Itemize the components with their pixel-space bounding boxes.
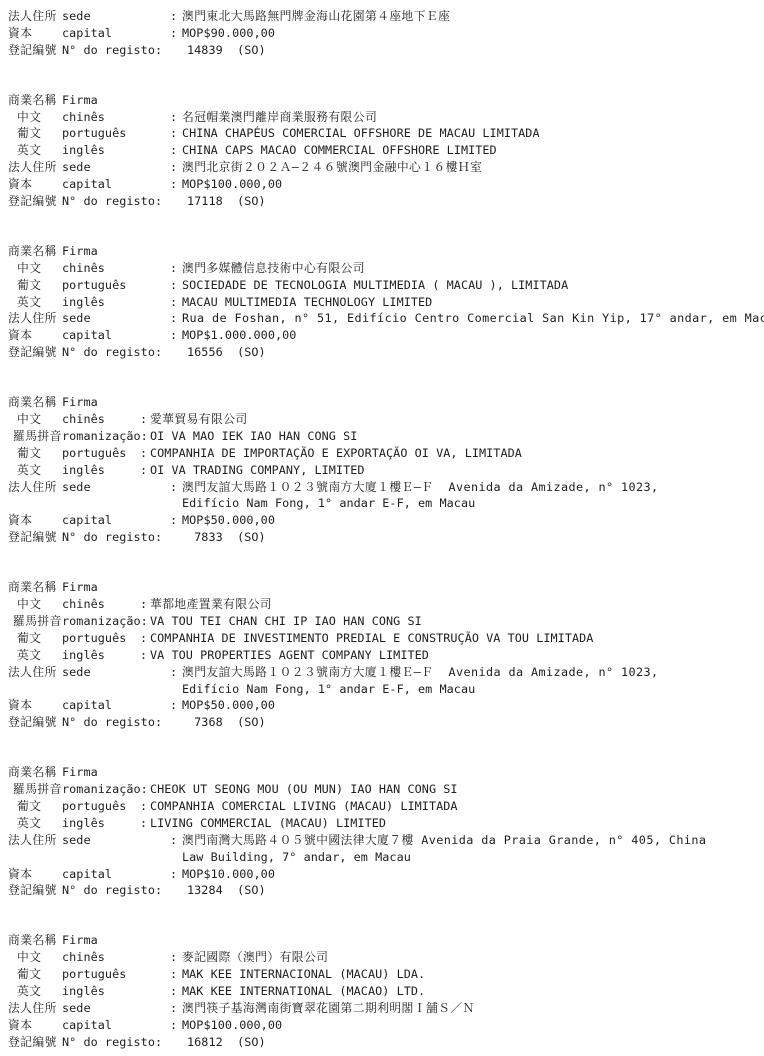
portuguese-name-value: MAK KEE INTERNACIONAL (MACAU) LDA.	[182, 967, 425, 981]
colon-separator: :	[170, 110, 177, 124]
romanization-label-pt: romanização:	[62, 782, 148, 796]
entry-header-row: 商業名稱Firma	[0, 932, 764, 949]
chinese-name-value: 澳門多媒體信息技術中心有限公司	[182, 261, 365, 275]
english-label-zh: 英文	[17, 295, 41, 309]
registration-number-row: 登記編號N° do registo:17118 (SO)	[0, 193, 764, 210]
portuguese-label-pt: português	[62, 446, 126, 460]
chinese-name-row: 中文chinês:愛華貿易有限公司	[0, 411, 764, 428]
english-label-pt: inglês	[62, 816, 105, 830]
colon-separator: :	[140, 648, 147, 662]
address-value-line2: Edifício Nam Fong, 1° andar E-F, em Maca…	[182, 496, 475, 510]
firma-label-zh: 商業名稱	[8, 765, 57, 779]
registration-number-row: 登記編號N° do registo:16556 (SO)	[0, 344, 764, 361]
chinese-label-pt: chinês	[62, 412, 105, 426]
firma-label-pt: Firma	[62, 580, 98, 594]
capital-label-pt: capital	[62, 867, 112, 881]
colon-separator: :	[170, 328, 177, 342]
english-label-pt: inglês	[62, 648, 105, 662]
registered-address-continuation-row: Edifício Nam Fong, 1° andar E-F, em Maca…	[0, 681, 764, 698]
portuguese-label-zh: 葡文	[17, 446, 41, 460]
registered-address-row: 法人住所sede:澳門友誼大馬路１０２３號南方大廈１樓Ｅ—Ｆ Avenida d…	[0, 664, 764, 681]
registration-label-zh: 登記編號	[8, 530, 57, 544]
capital-label-zh: 資本	[8, 698, 32, 712]
colon-separator: :	[140, 597, 147, 611]
portuguese-name-value: COMPANHIA DE IMPORTAÇÃO E EXPORTAÇÃO OI …	[150, 446, 522, 460]
entry-header-row: 商業名稱Firma	[0, 579, 764, 596]
registration-number-row: 登記編號N° do registo:14839 (SO)	[0, 42, 764, 59]
address-value-line2: Law Building, 7° andar, em Macau	[182, 850, 411, 864]
english-label-zh: 英文	[17, 143, 41, 157]
address-value-line1: 澳門北京街２０２Ａ—２４６號澳門金融中心１６樓Ｈ室	[182, 160, 482, 174]
colon-separator: :	[140, 463, 147, 477]
romanization-label-pt: romanização:	[62, 429, 148, 443]
colon-separator: :	[170, 833, 177, 847]
romanization-label-zh: 羅馬拼音	[13, 614, 62, 628]
entry-header-row: 商業名稱Firma	[0, 394, 764, 411]
registration-label-zh: 登記編號	[8, 1035, 57, 1049]
capital-label-zh: 資本	[8, 177, 32, 191]
address-label-pt: sede	[62, 9, 91, 23]
registration-label-pt: N° do registo:	[62, 715, 162, 729]
firma-label-zh: 商業名稱	[8, 933, 57, 947]
portuguese-label-pt: português	[62, 126, 126, 140]
english-name-value: VA TOU PROPERTIES AGENT COMPANY LIMITED	[150, 648, 429, 662]
registered-address-continuation-row: Edifício Nam Fong, 1° andar E-F, em Maca…	[0, 495, 764, 512]
colon-separator: :	[170, 480, 177, 494]
portuguese-name-row: 葡文português:COMPANHIA COMERCIAL LIVING (…	[0, 798, 764, 815]
address-label-zh: 法人住所	[8, 1001, 57, 1015]
registration-label-pt: N° do registo:	[62, 530, 162, 544]
english-name-row: 英文inglês:MAK KEE INTERNATIONAL (MACAO) L…	[0, 983, 764, 1000]
capital-row: 資本capital:MOP$50.000,00	[0, 512, 764, 529]
colon-separator: :	[170, 1018, 177, 1032]
portuguese-name-value: COMPANHIA DE INVESTIMENTO PREDIAL E CONS…	[150, 631, 593, 645]
english-label-pt: inglês	[62, 984, 105, 998]
address-label-pt: sede	[62, 311, 91, 325]
portuguese-name-row: 葡文português:SOCIEDADE DE TECNOLOGIA MULT…	[0, 277, 764, 294]
colon-separator: :	[170, 9, 177, 23]
colon-separator: :	[170, 984, 177, 998]
portuguese-name-value: CHINA CHAPÉUS COMERCIAL OFFSHORE DE MACA…	[182, 126, 540, 140]
capital-value: MOP$1.000.000,00	[182, 328, 296, 342]
english-label-pt: inglês	[62, 463, 105, 477]
chinese-name-row: 中文chinês:華都地產置業有限公司	[0, 596, 764, 613]
document-page: 法人住所sede:澳門東北大馬路無門牌金海山花園第４座地下Ｅ座資本capital…	[0, 0, 764, 1051]
chinese-name-value: 愛華貿易有限公司	[150, 412, 248, 426]
address-label-zh: 法人住所	[8, 833, 57, 847]
romanization-label-zh: 羅馬拼音	[13, 429, 62, 443]
address-label-zh: 法人住所	[8, 311, 57, 325]
capital-label-zh: 資本	[8, 867, 32, 881]
colon-separator: :	[170, 513, 177, 527]
firma-label-zh: 商業名稱	[8, 395, 57, 409]
registered-address-row: 法人住所sede:澳門北京街２０２Ａ—２４６號澳門金融中心１６樓Ｈ室	[0, 159, 764, 176]
colon-separator: :	[170, 126, 177, 140]
address-value-line1: 澳門東北大馬路無門牌金海山花園第４座地下Ｅ座	[182, 9, 450, 23]
romanization-row: 羅馬拼音romanização:VA TOU TEI CHAN CHI IP I…	[0, 613, 764, 630]
registered-address-continuation-row: Law Building, 7° andar, em Macau	[0, 849, 764, 866]
english-name-row: 英文inglês:LIVING COMMERCIAL (MACAU) LIMIT…	[0, 815, 764, 832]
colon-separator: :	[170, 967, 177, 981]
english-label-pt: inglês	[62, 143, 105, 157]
capital-row: 資本capital:MOP$1.000.000,00	[0, 327, 764, 344]
registry-entry: 商業名稱Firma羅馬拼音romanização:CHEOK UT SEONG …	[0, 764, 764, 899]
english-label-zh: 英文	[17, 463, 41, 477]
registration-label-zh: 登記編號	[8, 43, 57, 57]
chinese-name-value: 華都地產置業有限公司	[150, 597, 272, 611]
address-label-pt: sede	[62, 1001, 91, 1015]
english-label-zh: 英文	[17, 648, 41, 662]
portuguese-label-pt: português	[62, 278, 126, 292]
firma-label-pt: Firma	[62, 93, 98, 107]
colon-separator: :	[170, 160, 177, 174]
chinese-label-pt: chinês	[62, 950, 105, 964]
english-label-pt: inglês	[62, 295, 105, 309]
capital-label-pt: capital	[62, 328, 112, 342]
colon-separator: :	[170, 1001, 177, 1015]
chinese-label-zh: 中文	[17, 950, 41, 964]
address-value-line1: 澳門友誼大馬路１０２３號南方大廈１樓Ｅ—Ｆ Avenida da Amizade…	[182, 665, 659, 679]
address-value-line1: 澳門南灣大馬路４０５號中國法律大廈７樓 Avenida da Praia Gra…	[182, 833, 706, 847]
capital-label-pt: capital	[62, 1018, 112, 1032]
registration-label-pt: N° do registo:	[62, 194, 162, 208]
capital-label-zh: 資本	[8, 513, 32, 527]
capital-row: 資本capital:MOP$100.000,00	[0, 176, 764, 193]
address-label-pt: sede	[62, 160, 91, 174]
english-name-row: 英文inglês:CHINA CAPS MACAO COMMERCIAL OFF…	[0, 142, 764, 159]
capital-row: 資本capital:MOP$90.000,00	[0, 25, 764, 42]
romanization-value: CHEOK UT SEONG MOU (OU MUN) IAO HAN CONG…	[150, 782, 458, 796]
romanization-row: 羅馬拼音romanização:OI VA MAO IEK IAO HAN CO…	[0, 428, 764, 445]
address-value-line1: Rua de Foshan, n° 51, Edifício Centro Co…	[182, 311, 764, 325]
capital-row: 資本capital:MOP$10.000,00	[0, 866, 764, 883]
address-value-line1: 澳門筷子基海灣南街寶翠花園第二期利明閣Ｉ舖Ｓ／Ｎ	[182, 1001, 475, 1015]
colon-separator: :	[140, 446, 147, 460]
capital-label-pt: capital	[62, 698, 112, 712]
registration-label-zh: 登記編號	[8, 715, 57, 729]
colon-separator: :	[170, 143, 177, 157]
firma-label-pt: Firma	[62, 765, 98, 779]
registered-address-row: 法人住所sede:Rua de Foshan, n° 51, Edifício …	[0, 310, 764, 327]
portuguese-name-row: 葡文português:COMPANHIA DE INVESTIMENTO PR…	[0, 630, 764, 647]
registration-number-value: 7833 (SO)	[187, 530, 266, 544]
registry-entry: 法人住所sede:澳門東北大馬路無門牌金海山花園第４座地下Ｅ座資本capital…	[0, 8, 764, 59]
registration-label-pt: N° do registo:	[62, 1035, 162, 1049]
colon-separator: :	[170, 867, 177, 881]
firma-label-zh: 商業名稱	[8, 93, 57, 107]
chinese-label-zh: 中文	[17, 412, 41, 426]
entry-header-row: 商業名稱Firma	[0, 92, 764, 109]
registration-number-value: 13284 (SO)	[187, 883, 266, 897]
registration-label-zh: 登記編號	[8, 345, 57, 359]
registration-label-pt: N° do registo:	[62, 883, 162, 897]
registration-label-zh: 登記編號	[8, 194, 57, 208]
chinese-name-row: 中文chinês:麥記國際（澳門）有限公司	[0, 949, 764, 966]
english-label-zh: 英文	[17, 816, 41, 830]
address-label-zh: 法人住所	[8, 160, 57, 174]
colon-separator: :	[170, 26, 177, 40]
capital-label-pt: capital	[62, 26, 112, 40]
capital-row: 資本capital:MOP$100.000,00	[0, 1017, 764, 1034]
portuguese-name-value: COMPANHIA COMERCIAL LIVING (MACAU) LIMIT…	[150, 799, 458, 813]
english-label-zh: 英文	[17, 984, 41, 998]
english-name-value: LIVING COMMERCIAL (MACAU) LIMITED	[150, 816, 386, 830]
portuguese-name-row: 葡文português:CHINA CHAPÉUS COMERCIAL OFFS…	[0, 125, 764, 142]
colon-separator: :	[140, 799, 147, 813]
colon-separator: :	[170, 278, 177, 292]
capital-label-zh: 資本	[8, 26, 32, 40]
registration-number-value: 16812 (SO)	[187, 1035, 266, 1049]
address-value-line2: Edifício Nam Fong, 1° andar E-F, em Maca…	[182, 682, 475, 696]
romanization-row: 羅馬拼音romanização:CHEOK UT SEONG MOU (OU M…	[0, 781, 764, 798]
english-name-value: CHINA CAPS MACAO COMMERCIAL OFFSHORE LIM…	[182, 143, 497, 157]
romanization-label-pt: romanização:	[62, 614, 148, 628]
chinese-label-pt: chinês	[62, 597, 105, 611]
portuguese-name-row: 葡文português:MAK KEE INTERNACIONAL (MACAU…	[0, 966, 764, 983]
capital-label-zh: 資本	[8, 328, 32, 342]
registry-entry: 商業名稱Firma中文chinês:華都地產置業有限公司羅馬拼音romaniza…	[0, 579, 764, 731]
chinese-label-zh: 中文	[17, 597, 41, 611]
colon-separator: :	[170, 177, 177, 191]
registration-number-value: 7368 (SO)	[187, 715, 266, 729]
address-label-pt: sede	[62, 833, 91, 847]
firma-label-zh: 商業名稱	[8, 580, 57, 594]
english-name-value: MACAU MULTIMEDIA TECHNOLOGY LIMITED	[182, 295, 432, 309]
portuguese-label-pt: português	[62, 799, 126, 813]
address-label-pt: sede	[62, 480, 91, 494]
capital-label-zh: 資本	[8, 1018, 32, 1032]
address-label-zh: 法人住所	[8, 480, 57, 494]
portuguese-label-pt: português	[62, 967, 126, 981]
colon-separator: :	[170, 311, 177, 325]
colon-separator: :	[170, 295, 177, 309]
capital-value: MOP$100.000,00	[182, 177, 282, 191]
address-label-zh: 法人住所	[8, 665, 57, 679]
capital-value: MOP$50.000,00	[182, 698, 275, 712]
registration-number-row: 登記編號N° do registo:13284 (SO)	[0, 882, 764, 899]
colon-separator: :	[140, 631, 147, 645]
colon-separator: :	[140, 816, 147, 830]
capital-row: 資本capital:MOP$50.000,00	[0, 697, 764, 714]
registered-address-row: 法人住所sede:澳門南灣大馬路４０５號中國法律大廈７樓 Avenida da …	[0, 832, 764, 849]
portuguese-label-zh: 葡文	[17, 278, 41, 292]
registry-entry: 商業名稱Firma中文chinês:愛華貿易有限公司羅馬拼音romanizaçã…	[0, 394, 764, 546]
chinese-name-value: 麥記國際（澳門）有限公司	[182, 950, 328, 964]
registry-entry: 商業名稱Firma中文chinês:名冠帽業澳門離岸商業服務有限公司葡文port…	[0, 92, 764, 210]
entry-header-row: 商業名稱Firma	[0, 764, 764, 781]
capital-value: MOP$90.000,00	[182, 26, 275, 40]
registration-number-row: 登記編號N° do registo: 7833 (SO)	[0, 529, 764, 546]
registered-address-row: 法人住所sede:澳門筷子基海灣南街寶翠花園第二期利明閣Ｉ舖Ｓ／Ｎ	[0, 1000, 764, 1017]
english-name-row: 英文inglês:VA TOU PROPERTIES AGENT COMPANY…	[0, 647, 764, 664]
capital-value: MOP$100.000,00	[182, 1018, 282, 1032]
firma-label-pt: Firma	[62, 244, 98, 258]
chinese-name-row: 中文chinês:名冠帽業澳門離岸商業服務有限公司	[0, 109, 764, 126]
firma-label-pt: Firma	[62, 395, 98, 409]
registration-number-value: 14839 (SO)	[187, 43, 266, 57]
registration-number-row: 登記編號N° do registo:16812 (SO)	[0, 1034, 764, 1051]
portuguese-label-zh: 葡文	[17, 967, 41, 981]
registration-label-pt: N° do registo:	[62, 345, 162, 359]
portuguese-label-pt: português	[62, 631, 126, 645]
registration-label-pt: N° do registo:	[62, 43, 162, 57]
romanization-label-zh: 羅馬拼音	[13, 782, 62, 796]
english-name-value: OI VA TRADING COMPANY, LIMITED	[150, 463, 365, 477]
registry-entry: 商業名稱Firma中文chinês:澳門多媒體信息技術中心有限公司葡文portu…	[0, 243, 764, 361]
firma-label-zh: 商業名稱	[8, 244, 57, 258]
address-value-line1: 澳門友誼大馬路１０２３號南方大廈１樓Ｅ—Ｆ Avenida da Amizade…	[182, 480, 659, 494]
portuguese-label-zh: 葡文	[17, 799, 41, 813]
registration-number-row: 登記編號N° do registo: 7368 (SO)	[0, 714, 764, 731]
capital-label-pt: capital	[62, 513, 112, 527]
english-name-row: 英文inglês:OI VA TRADING COMPANY, LIMITED	[0, 462, 764, 479]
chinese-name-row: 中文chinês:澳門多媒體信息技術中心有限公司	[0, 260, 764, 277]
firma-label-pt: Firma	[62, 933, 98, 947]
colon-separator: :	[170, 698, 177, 712]
english-name-row: 英文inglês:MACAU MULTIMEDIA TECHNOLOGY LIM…	[0, 294, 764, 311]
registration-label-zh: 登記編號	[8, 883, 57, 897]
english-name-value: MAK KEE INTERNATIONAL (MACAO) LTD.	[182, 984, 425, 998]
registry-entry: 商業名稱Firma中文chinês:麥記國際（澳門）有限公司葡文portuguê…	[0, 932, 764, 1050]
chinese-name-value: 名冠帽業澳門離岸商業服務有限公司	[182, 110, 377, 124]
registered-address-row: 法人住所sede:澳門東北大馬路無門牌金海山花園第４座地下Ｅ座	[0, 8, 764, 25]
capital-label-pt: capital	[62, 177, 112, 191]
capital-value: MOP$10.000,00	[182, 867, 275, 881]
chinese-label-pt: chinês	[62, 261, 105, 275]
entry-header-row: 商業名稱Firma	[0, 243, 764, 260]
romanization-value: OI VA MAO IEK IAO HAN CONG SI	[150, 429, 357, 443]
portuguese-label-zh: 葡文	[17, 631, 41, 645]
colon-separator: :	[170, 950, 177, 964]
registered-address-row: 法人住所sede:澳門友誼大馬路１０２３號南方大廈１樓Ｅ—Ｆ Avenida d…	[0, 479, 764, 496]
address-label-zh: 法人住所	[8, 9, 57, 23]
address-label-pt: sede	[62, 665, 91, 679]
colon-separator: :	[170, 261, 177, 275]
portuguese-label-zh: 葡文	[17, 126, 41, 140]
registry-entries: 法人住所sede:澳門東北大馬路無門牌金海山花園第４座地下Ｅ座資本capital…	[0, 8, 764, 1051]
portuguese-name-row: 葡文português:COMPANHIA DE IMPORTAÇÃO E EX…	[0, 445, 764, 462]
portuguese-name-value: SOCIEDADE DE TECNOLOGIA MULTIMEDIA ( MAC…	[182, 278, 568, 292]
romanization-value: VA TOU TEI CHAN CHI IP IAO HAN CONG SI	[150, 614, 422, 628]
chinese-label-zh: 中文	[17, 110, 41, 124]
chinese-label-pt: chinês	[62, 110, 105, 124]
colon-separator: :	[140, 412, 147, 426]
registration-number-value: 17118 (SO)	[187, 194, 266, 208]
capital-value: MOP$50.000,00	[182, 513, 275, 527]
colon-separator: :	[170, 665, 177, 679]
registration-number-value: 16556 (SO)	[187, 345, 266, 359]
chinese-label-zh: 中文	[17, 261, 41, 275]
